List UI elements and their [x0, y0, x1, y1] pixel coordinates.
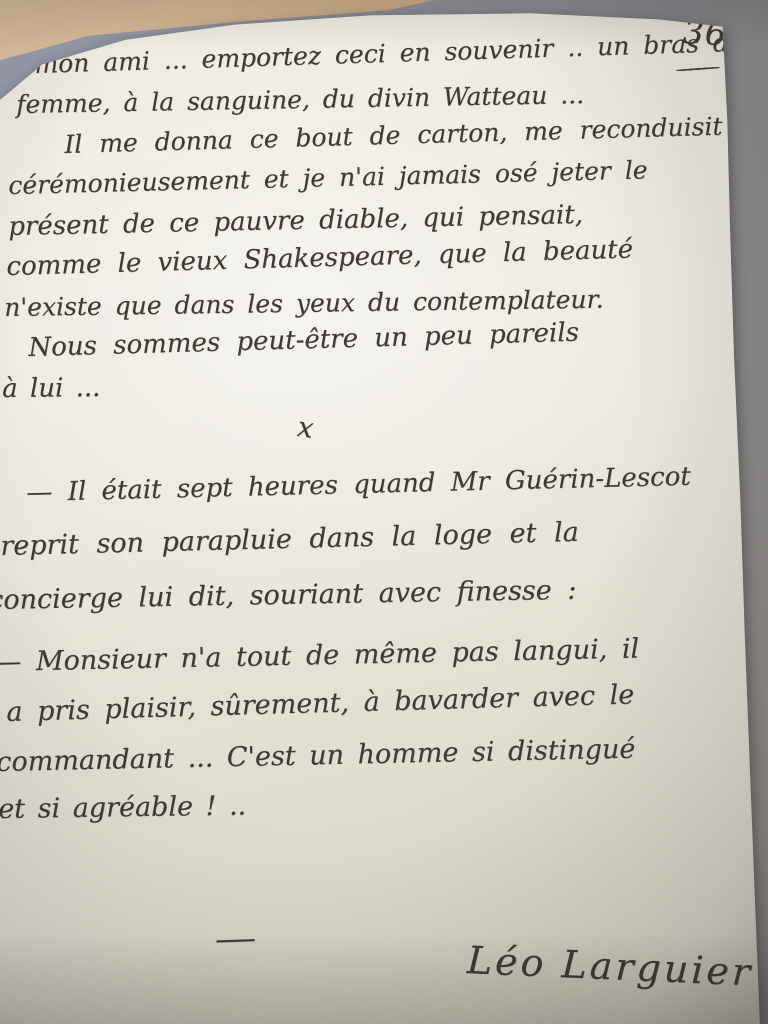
- signature-dash-mark: —: [214, 919, 257, 958]
- manuscript-page: 36 mon ami ... emportez ceci en souvenir…: [0, 0, 768, 1024]
- manuscript-line: comme le vieux Shakespeare, que la beaut…: [6, 234, 633, 281]
- manuscript-photo: 36 mon ami ... emportez ceci en souvenir…: [0, 0, 768, 1024]
- manuscript-line: n'existe que dans les yeux du contemplat…: [4, 285, 604, 322]
- manuscript-line: mon ami ... emportez ceci en souvenir ..…: [34, 28, 744, 79]
- page-shadow-wrap: 36 mon ami ... emportez ceci en souvenir…: [0, 0, 768, 1024]
- manuscript-line: concierge lui dit, souriant avec finesse…: [0, 575, 577, 616]
- manuscript-line: — Il était sept heures quand Mr Guérin-L…: [26, 462, 691, 508]
- manuscript-line: femme, à la sanguine, du divin Watteau .…: [16, 80, 584, 119]
- manuscript-line: cérémonieusement et je n'ai jamais osé j…: [8, 155, 648, 200]
- page-number-underline: [676, 66, 720, 71]
- manuscript-line: et si agréable ! ..: [0, 791, 246, 825]
- manuscript-line: — Monsieur n'a tout de même pas langui, …: [0, 633, 639, 677]
- section-separator-mark: x: [295, 410, 315, 445]
- manuscript-line: a pris plaisir, sûrement, à bavarder ave…: [6, 679, 635, 728]
- manuscript-line: reprit son parapluie dans la loge et la: [0, 517, 579, 562]
- signature: Léo Larguier: [466, 938, 754, 994]
- manuscript-line: présent de ce pauvre diable, qui pensait…: [8, 200, 583, 242]
- manuscript-line: Il me donna ce bout de carton, me recond…: [64, 112, 723, 159]
- manuscript-line: à lui ...: [2, 373, 101, 404]
- manuscript-line: commandant ... C'est un homme si disting…: [0, 734, 636, 778]
- manuscript-line: Nous sommes peut-être un peu pareils: [28, 318, 579, 363]
